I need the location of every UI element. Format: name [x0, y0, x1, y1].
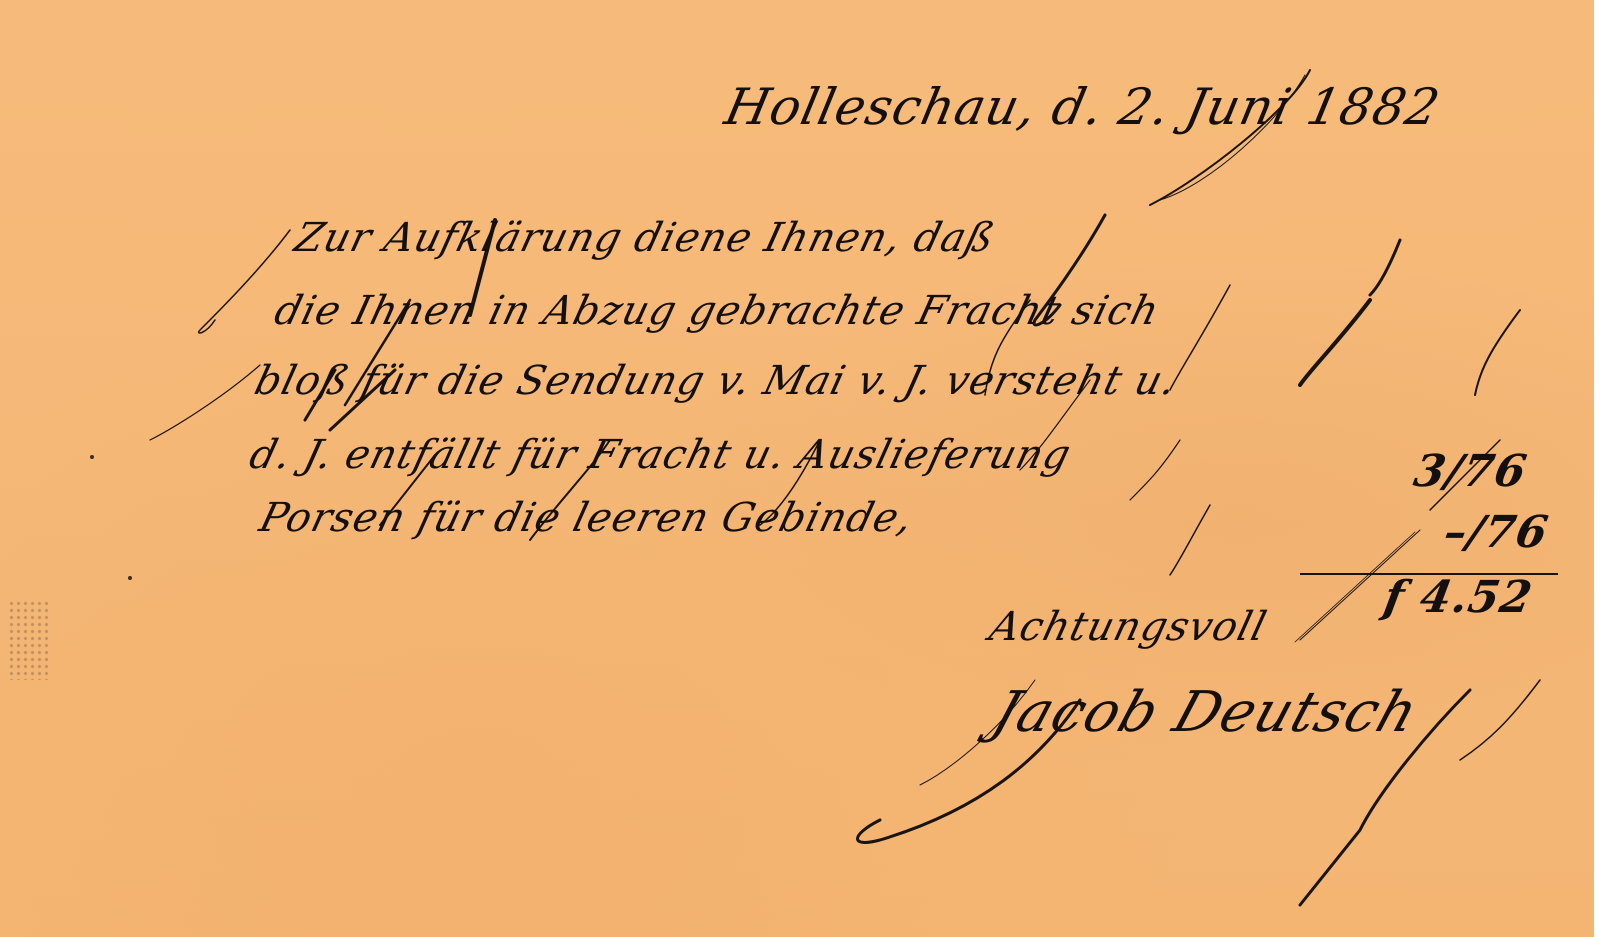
postcard-paper: Holleschau, d. 2. Juni 1882 Zur Aufkläru… — [0, 0, 1594, 937]
body-line-2: die Ihnen in Abzug gebrachte Fracht sich — [270, 288, 1164, 334]
ink-smudge — [8, 600, 48, 680]
body-line-3: bloß für die Sendung v. Mai v. J. verste… — [250, 358, 1182, 404]
amount-freight: 3/76 — [1410, 446, 1531, 497]
ink-dot — [128, 576, 132, 580]
amount-total: f 4.52 — [1380, 572, 1536, 623]
amount-barrels: –/76 — [1440, 507, 1552, 558]
ink-dot — [90, 455, 94, 459]
signature: Jacob Deutsch — [985, 680, 1426, 745]
dateline: Holleschau, d. 2. Juni 1882 — [720, 78, 1445, 136]
body-line-5: Porsen für die leeren Gebinde, — [255, 495, 918, 541]
body-line-4: d. J. entfällt für Fracht u. Auslieferun… — [245, 432, 1076, 478]
body-line-1: Zur Aufklärung diene Ihnen, daß — [290, 215, 1000, 261]
closing: Achtungsvoll — [985, 604, 1272, 650]
